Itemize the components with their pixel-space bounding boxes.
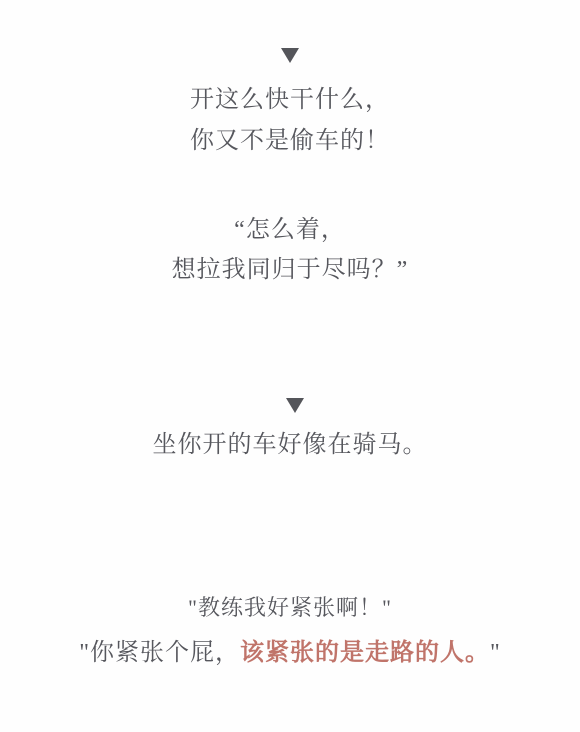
quote4-line1: "教练我好紧张啊！" <box>0 595 580 621</box>
triangle-down-icon <box>281 48 299 63</box>
quote2-line1: “怎么着， <box>0 216 580 245</box>
quote4-line2: "你紧张个屁，该紧张的是走路的人。" <box>0 639 580 668</box>
quote2-line2: 想拉我同归于尽吗？” <box>0 256 580 285</box>
quote4-line2-suffix: " <box>490 640 501 666</box>
quote4-line2-prefix: "你紧张个屁， <box>79 640 240 666</box>
quote4-line2-highlight: 该紧张的是走路的人。 <box>240 640 490 666</box>
quote1-line1: 开这么快干什么， <box>0 86 580 115</box>
quote1-line2: 你又不是偷车的！ <box>0 127 580 156</box>
quote3-line1: 坐你开的车好像在骑马。 <box>0 431 580 460</box>
joke-text-page: 开这么快干什么， 你又不是偷车的！ “怎么着， 想拉我同归于尽吗？” 坐你开的车… <box>0 0 580 732</box>
triangle-down-icon <box>286 398 304 413</box>
